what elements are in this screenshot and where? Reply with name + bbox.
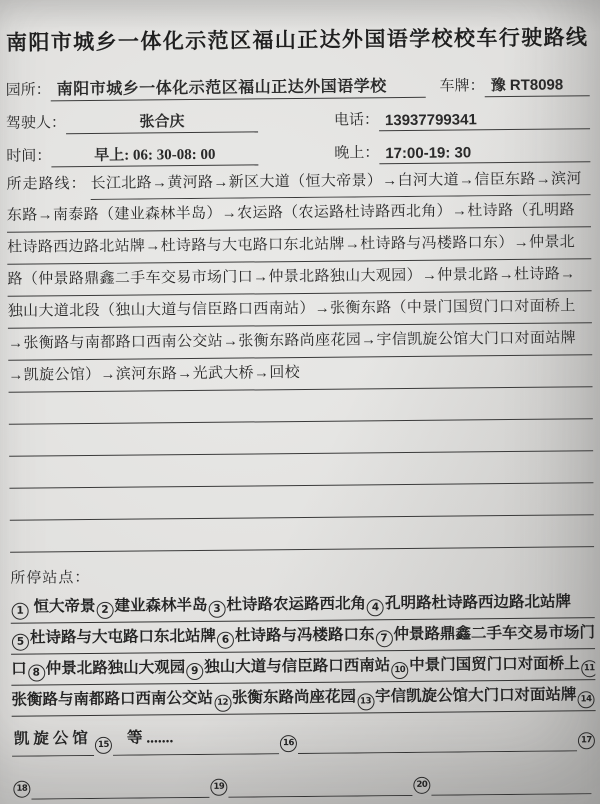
stop-number-badge: 13 [357, 693, 374, 710]
blank-fill-line [31, 796, 209, 800]
form-sheet: 南阳市城乡一体化示范区福山正达外国语学校校车行驶路线 园所： 南阳市城乡一体化示… [5, 21, 596, 800]
stop-name: 凯旋公馆 [12, 724, 94, 757]
stop-number-badge: 12 [214, 694, 231, 711]
stop-number-badge: 14 [577, 691, 594, 708]
stop-name: 中景门国贸门口对面桥上 [409, 655, 580, 674]
stop-name: 建业森林半岛 [114, 597, 207, 615]
route-text: 长江北路→黄河路→新区大道（恒大帝景）→白河大道→信臣东路→滨河 [90, 164, 590, 200]
field-plate: 车牌： 豫 RT8098 [440, 73, 590, 97]
route-lines: 所走路线：长江北路→黄河路→新区大道（恒大帝景）→白河大道→信臣东路→滨河东路→… [6, 164, 594, 553]
stops-lines: 1 恒大帝景2建业森林半岛3杜诗路农运路西北角4孔明路杜诗路西边路北站牌5杜诗路… [10, 587, 596, 800]
stop-number-badge: 18 [13, 781, 30, 798]
stops-line: 凯旋公馆15等 .......1617 [12, 721, 596, 757]
stop-name: 张衡路与南都路口西南公交站 [11, 690, 213, 709]
stop-number-badge: 1 [12, 602, 29, 619]
stop-number-badge: 10 [391, 662, 408, 679]
stop-name: 恒大帝景 [30, 598, 96, 616]
stop-number-badge: 15 [95, 737, 112, 754]
document-photo: 南阳市城乡一体化示范区福山正达外国语学校校车行驶路线 园所： 南阳市城乡一体化示… [0, 0, 600, 804]
stops-section: 所停站点： 1 恒大帝景2建业森林半岛3杜诗路农运路西北角4孔明路杜诗路西边路北… [10, 559, 596, 800]
stop-name: 杜诗路与冯楼路口东 [235, 626, 375, 644]
stops-line: 张衡路与南都路口西南公交站12张衡东路尚座花园13宇信凯旋公馆大门口对面站牌14 [11, 680, 595, 717]
blank-fill-line [298, 749, 577, 754]
field-phone-label: 电话： [334, 108, 379, 131]
stop-number-badge: 3 [208, 600, 225, 617]
field-evening-label: 晚上： [334, 141, 379, 164]
stop-name: 孔明路杜诗路西边路北站牌 [385, 593, 571, 612]
field-school-value: 南阳市城乡一体化示范区福山正达外国语学校 [51, 73, 426, 102]
field-time-label: 时间： [6, 144, 51, 167]
field-time-value: 早上: 06: 30-08: 00 [51, 142, 258, 167]
stop-name: 张衡东路尚座花园 [232, 688, 356, 706]
field-school-label: 园所： [6, 78, 51, 101]
stop-number-badge: 6 [217, 631, 234, 648]
stops-line: 181920 [12, 764, 596, 800]
document-title: 南阳市城乡一体化示范区福山正达外国语学校校车行驶路线 [5, 21, 589, 57]
row-gap [258, 165, 334, 166]
stop-number-badge: 16 [280, 735, 297, 752]
stop-name: 口 [11, 661, 27, 678]
stop-name: 仲景北路独山大观园 [46, 659, 186, 677]
field-driver-value: 张合庆 [66, 109, 258, 134]
stop-number-badge: 8 [28, 664, 45, 681]
field-driver-label: 驾驶人： [6, 111, 66, 135]
field-driver: 驾驶人： 张合庆 [6, 109, 258, 134]
route-blank-line [10, 515, 594, 553]
stop-number-badge: 19 [210, 779, 227, 796]
stop-number-badge: 17 [578, 732, 595, 749]
stop-name: 独山大道与信臣路口西南站 [204, 657, 390, 676]
field-phone: 电话： 13937799341 [334, 106, 590, 131]
stop-number-badge: 4 [367, 599, 384, 616]
field-evening-value: 17:00-19: 30 [379, 143, 590, 164]
field-plate-value: 豫 RT8098 [485, 73, 590, 97]
field-time: 时间： 早上: 06: 30-08: 00 [6, 142, 258, 167]
route-label: 所走路线： [6, 169, 90, 201]
stop-name: 宇信凯旋公馆大门口对面站牌 [375, 686, 577, 705]
stop-number-badge: 2 [96, 602, 113, 619]
stop-number-badge: 9 [186, 663, 203, 680]
field-phone-value: 13937799341 [379, 110, 590, 131]
field-plate-label: 车牌： [440, 74, 485, 97]
stop-name: 杜诗路与大屯路口东北站牌 [30, 628, 216, 647]
blank-fill-line [228, 794, 412, 798]
stop-number-badge: 5 [12, 633, 29, 650]
field-school: 园所： 南阳市城乡一体化示范区福山正达外国语学校 [6, 73, 426, 102]
header-row-3: 时间： 早上: 06: 30-08: 00 晚上： 17:00-19: 30 [6, 129, 590, 168]
header-row-1: 园所： 南阳市城乡一体化示范区福山正达外国语学校 车牌： 豫 RT8098 [5, 63, 589, 102]
route-section: 所走路线：长江北路→黄河路→新区大道（恒大帝景）→白河大道→信臣东路→滨河东路→… [6, 164, 594, 553]
stop-number-badge: 11 [581, 660, 596, 677]
stop-number-badge: 20 [413, 777, 430, 794]
stop-name: 仲景路鼎鑫二手车交易市场门 [393, 624, 595, 643]
field-evening: 晚上： 17:00-19: 30 [334, 139, 590, 164]
stop-number-badge: 7 [375, 630, 392, 647]
header-row-2: 驾驶人： 张合庆 电话： 13937799341 [6, 96, 590, 135]
blank-fill-line: 等 ....... [113, 722, 279, 756]
blank-fill-line [431, 792, 591, 796]
stop-name: 杜诗路农运路西北角 [226, 595, 366, 613]
